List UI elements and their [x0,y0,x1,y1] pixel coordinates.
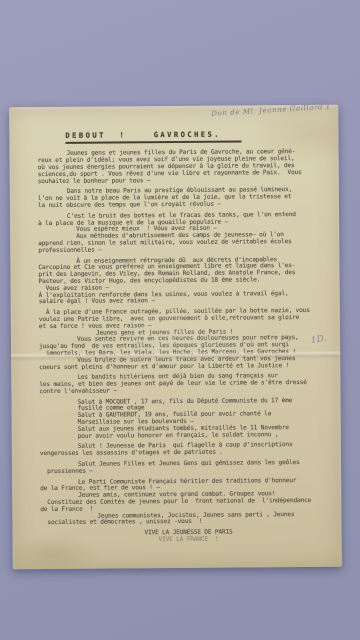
title-underline [65,140,241,144]
typed-line: la nuit obscure des temps que l'on croya… [38,201,334,210]
typed-line: prussiennes — [47,467,336,476]
typed-line: professionnelles — [38,246,334,255]
photo-background: Don de Ml. Jeanne Gaillard 1 DEBOUT ! GA… [0,0,360,640]
document-title: DEBOUT ! GAVROCHES. [65,130,221,140]
typed-line: salaire égal ! Vous avez raison — [39,297,335,306]
typed-line: souhaitez le bonheur pour tous — [38,176,334,185]
typed-line: vengeresses les assassins d'otages et de… [40,449,336,458]
typed-line: coeurs sont pleins d'honneur et d'amour … [39,362,335,371]
typed-line: pour avoir voulu honorer en français, le… [78,431,336,440]
typed-line: VIVE LA FRANCE ! [41,536,337,545]
typed-lines: Jeunes gens et jeunes filles du Paris de… [38,149,337,545]
handwritten-donor-note: Don de Ml. Jeanne Gaillard 1 [211,105,331,118]
document-paper: Don de Ml. Jeanne Gaillard 1 DEBOUT ! GA… [9,105,342,570]
typed-line: socialistes et démocrates , unissez -vou… [47,518,336,527]
typed-line: contre l'envahisseur — [39,387,335,396]
